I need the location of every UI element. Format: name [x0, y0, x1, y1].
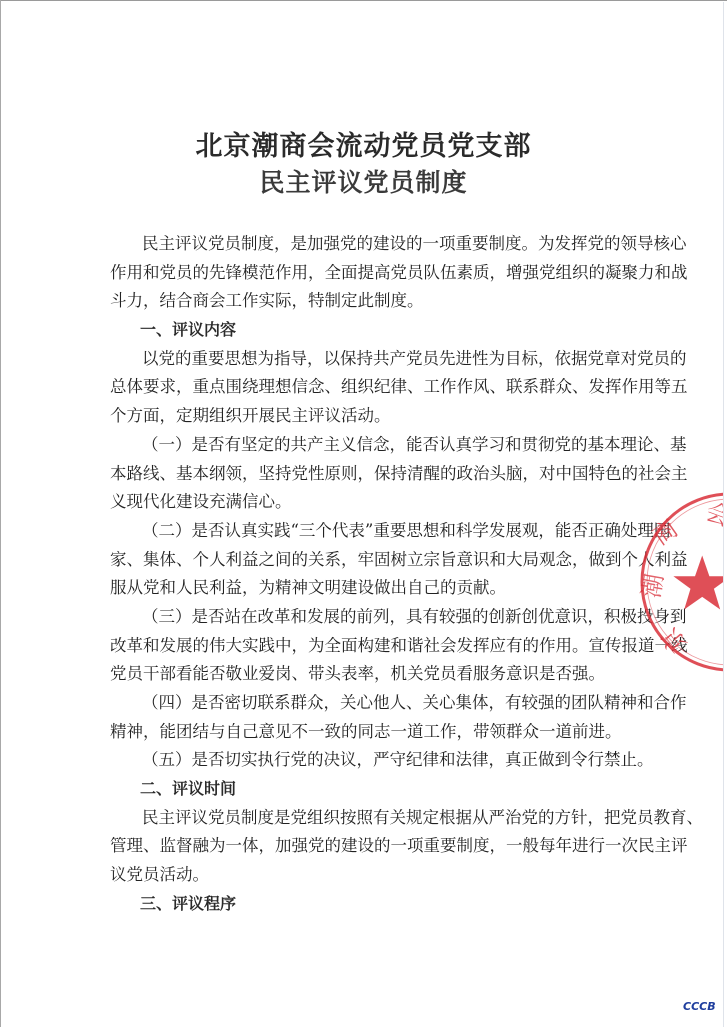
page-border-top — [0, 0, 727, 1]
svg-text:潮: 潮 — [637, 572, 669, 600]
item-5-line: （五）是否切实执行党的决议，严守纪律和法律，真正做到令行禁止。 — [110, 746, 630, 775]
section-heading-content: 一、评议内容 — [110, 316, 630, 345]
item-1-line: （一）是否有坚定的共产主义信念，能否认真学习和贯彻党的基本理论、基 — [110, 431, 630, 460]
paragraph-line: 个方面，定期组织开展民主评议活动。 — [110, 402, 630, 431]
title-organization: 北京潮商会流动党员党支部 — [0, 130, 727, 164]
paragraph-line: 总体要求，重点围绕理想信念、组织纪律、工作作风、联系群众、发挥作用等五 — [110, 373, 630, 402]
item-4-line: （四）是否密切联系群众，关心他人、关心集体，有较强的团队精神和合作 — [110, 689, 630, 718]
intro-line: 作用和党员的先锋模范作用，全面提高党员队伍素质，增强党组织的凝聚力和战 — [110, 259, 630, 288]
official-seal: 商 会 潮 京 — [632, 478, 723, 688]
svg-text:商: 商 — [647, 514, 683, 551]
section-heading-procedure: 三、评议程序 — [110, 890, 630, 919]
seal-graphic: 商 会 潮 京 — [632, 478, 723, 688]
paragraph-line: 民主评议党员制度是党组织按照有关规定根据从严治党的方针，把党员教育、 — [110, 804, 630, 833]
paragraph-line: 管理、监督融为一体，加强党的建设的一项重要制度，一般每年进行一次民主评 — [110, 832, 630, 861]
item-1-line: 义现代化建设充满信心。 — [110, 488, 630, 517]
item-2-line: （二）是否认真实践“三个代表”重要思想和科学发展观，能否正确处理国 — [110, 517, 630, 546]
item-4-line: 精神，能团结与自己意见不一致的同志一道工作，带领群众一道前进。 — [110, 718, 630, 747]
star-icon — [673, 556, 723, 610]
document-body: 民主评议党员制度，是加强党的建设的一项重要制度。为发挥党的领导核心 作用和党员的… — [110, 230, 630, 919]
item-1-line: 本路线、基本纲领，坚持党性原则，保持清醒的政治头脑，对中国特色的社会主 — [110, 460, 630, 489]
section-heading-time: 二、评议时间 — [110, 775, 630, 804]
intro-line: 民主评议党员制度，是加强党的建设的一项重要制度。为发挥党的领导核心 — [110, 230, 630, 259]
title-regulation: 民主评议党员制度 — [0, 167, 727, 199]
paragraph-line: 议党员活动。 — [110, 861, 630, 890]
paragraph-line: 以党的重要思想为指导，以保持共产党员先进性为目标，依据党章对党员的 — [110, 345, 630, 374]
item-2-line: 家、集体、个人利益之间的关系，牢固树立宗旨意识和大局观念，做到个人利益 — [110, 546, 630, 575]
item-2-line: 服从党和人民利益，为精神文明建设做出自己的贡献。 — [110, 574, 630, 603]
item-3-line: 党员干部看能否敬业爱岗、带头表率，机关党员看服务意识是否强。 — [110, 660, 630, 689]
cccb-logo: CCCB — [683, 1000, 716, 1013]
intro-line: 斗力，结合商会工作实际，特制定此制度。 — [110, 287, 630, 316]
item-3-line: （三）是否站在改革和发展的前列，具有较强的创新创优意识，积极投身到 — [110, 603, 630, 632]
item-3-line: 改革和发展的伟大实践中，为全面构建和谐社会发挥应有的作用。宣传报道一线 — [110, 632, 630, 661]
